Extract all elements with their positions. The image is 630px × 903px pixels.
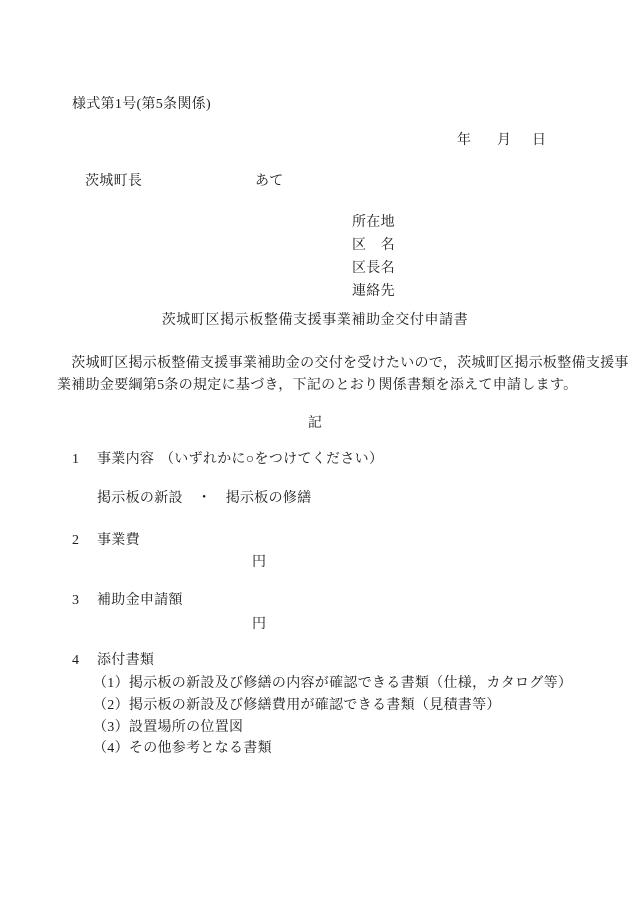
item-3-number: 3 [72, 591, 79, 611]
item-1-label: 事業内容 [97, 450, 154, 470]
attachment-list-item-3: （3）設置場所の位置図 [93, 718, 243, 738]
item-2-amount-unit: 円 [252, 553, 266, 573]
addressee-suffix: あて [255, 172, 284, 192]
item-4-label: 添付書類 [97, 651, 154, 671]
date-year-label: 年 [457, 131, 471, 151]
item-3-amount-unit: 円 [252, 615, 266, 635]
section-marker: 記 [0, 414, 630, 434]
attachment-list-item-2: （2）掲示板の新設及び修繕費用が確認できる書類（見積書等） [93, 696, 501, 716]
applicant-field-district-head: 区長名 [352, 259, 395, 279]
attachment-list-item-1: （1）掲示板の新設及び修繕の内容が確認できる書類（仕様，カタログ等） [93, 674, 572, 694]
form-number: 様式第1号(第5条関係) [72, 95, 211, 115]
item-2-number: 2 [72, 531, 79, 551]
date-day-label: 日 [532, 131, 546, 151]
item-1-number: 1 [72, 450, 79, 470]
item-3-label: 補助金申請額 [97, 591, 183, 611]
body-paragraph-line-2: 業補助金要綱第5条の規定に基づき，下記のとおり関係書類を添えて申請します。 [57, 376, 577, 396]
applicant-field-district-name: 区 名 [352, 236, 395, 256]
application-form-page: 様式第1号(第5条関係) 年 月 日 茨城町長 あて 所在地 区 名 区長名 連… [0, 0, 630, 903]
body-paragraph-line-1: 茨城町区掲示板整備支援事業補助金の交付を受けたいので，茨城町区掲示板整備支援事 [57, 354, 629, 374]
applicant-field-contact: 連絡先 [352, 282, 395, 302]
item-2-label: 事業費 [97, 531, 140, 551]
item-1-options: 掲示板の新設 ・ 掲示板の修繕 [97, 489, 312, 509]
applicant-field-location: 所在地 [352, 213, 395, 233]
item-4-number: 4 [72, 651, 79, 671]
attachment-list-item-4: （4）その他参考となる書類 [93, 739, 272, 759]
document-title: 茨城町区掲示板整備支援事業補助金交付申請書 [0, 311, 630, 331]
addressee-name: 茨城町長 [85, 172, 142, 192]
item-1-note: （いずれかに○をつけてください） [160, 450, 383, 470]
date-month-label: 月 [497, 131, 511, 151]
